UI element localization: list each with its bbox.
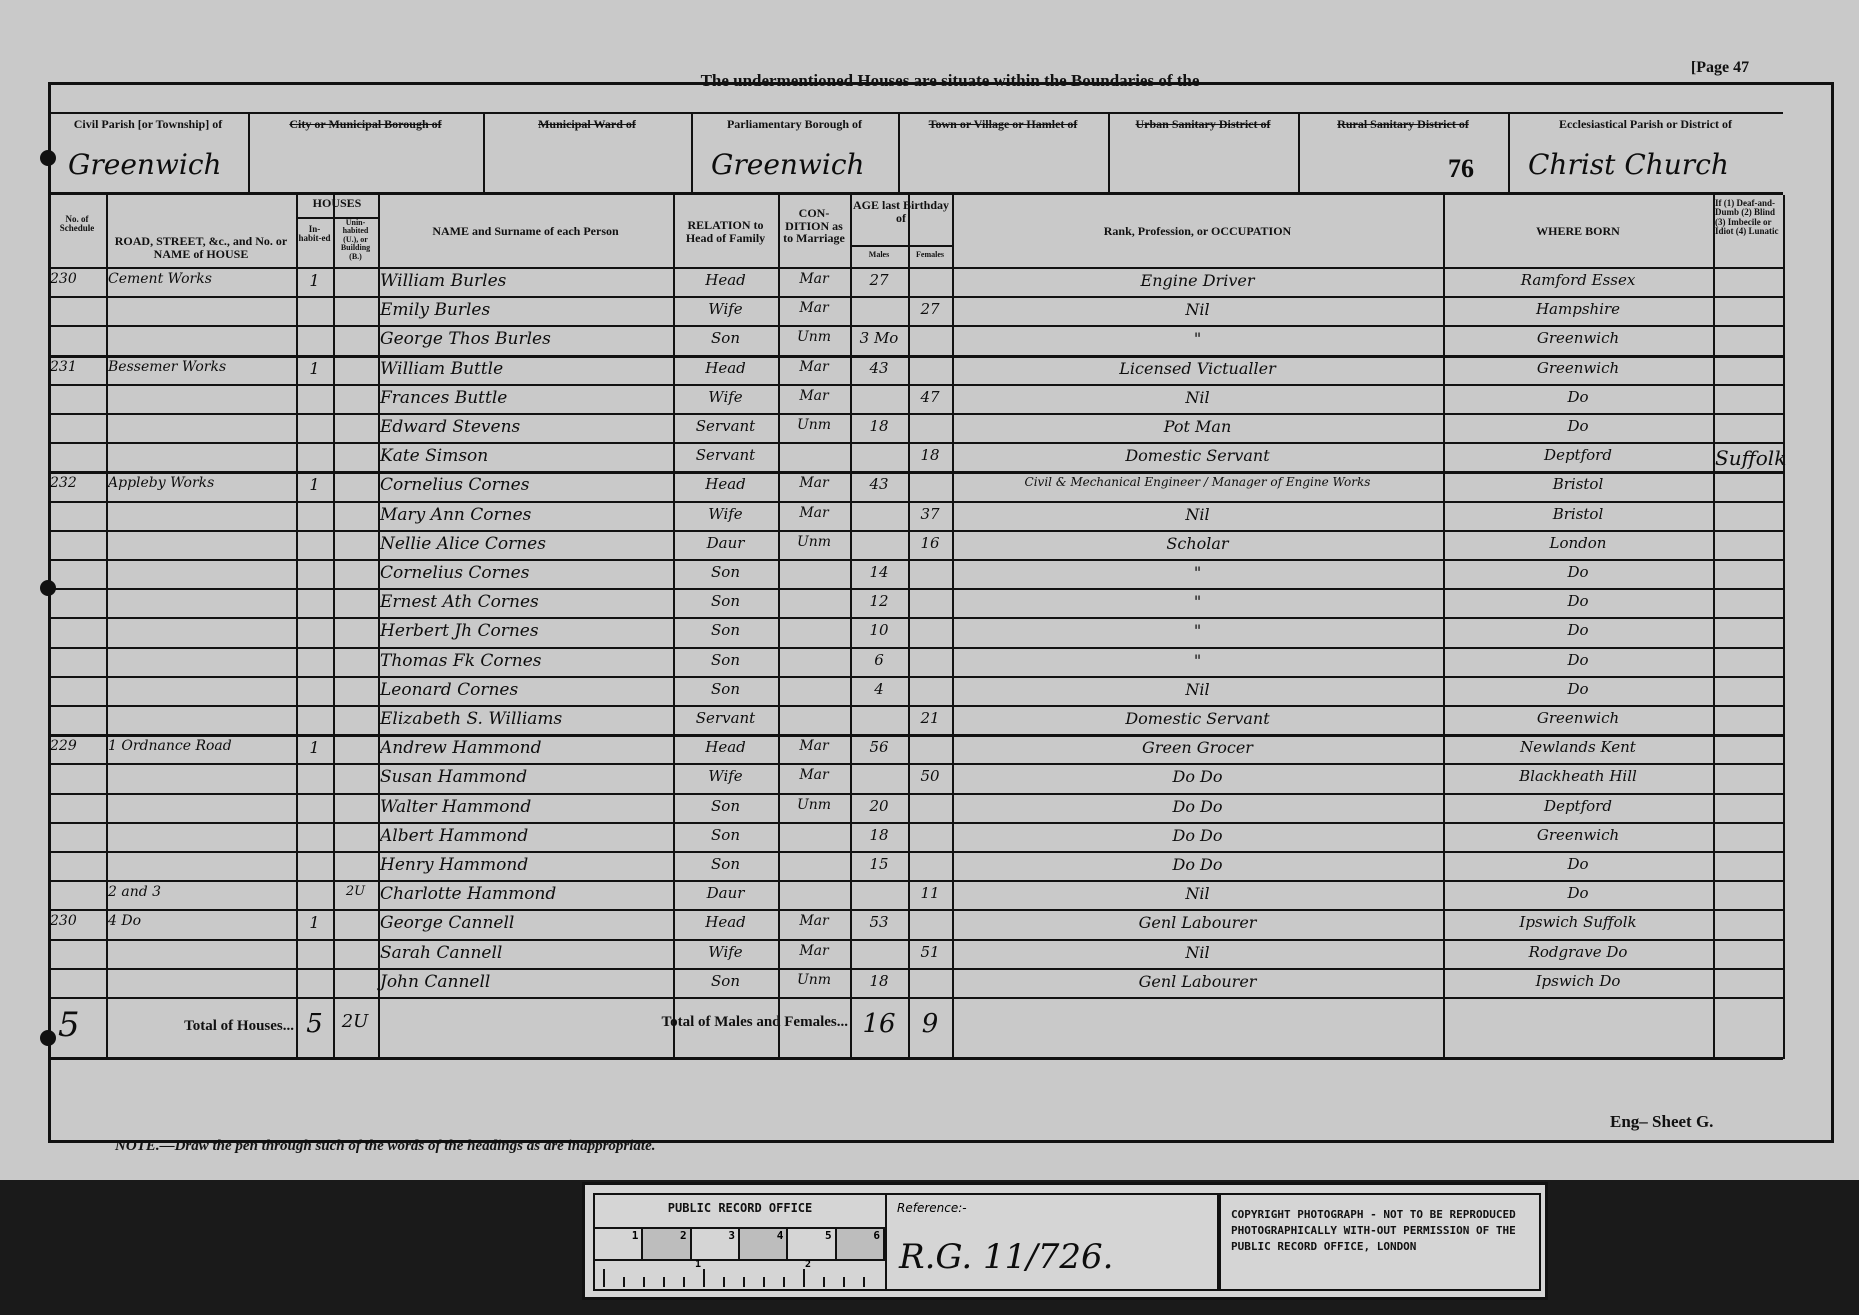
row-divider — [48, 325, 1783, 327]
total-inhabited: 5 — [298, 1009, 331, 1039]
copyright-box: COPYRIGHT PHOTOGRAPH - NOT TO BE REPRODU… — [1219, 1193, 1541, 1291]
ruler-label: 1 — [695, 1259, 701, 1270]
row-divider — [48, 968, 1783, 970]
row-divider — [48, 501, 1783, 503]
row-divider — [48, 909, 1783, 911]
record-office-stamp: PUBLIC RECORD OFFICE 123456 12 Reference… — [582, 1182, 1548, 1300]
cell-born: Do — [1445, 651, 1711, 669]
age-divider — [850, 245, 952, 247]
cell-occupation: Do Do — [954, 797, 1441, 816]
scale-cell: 3 — [692, 1229, 740, 1259]
column-header-infirmity: If (1) Deaf-and-Dumb (2) Blind (3) Imbec… — [1715, 199, 1781, 237]
cell-schedule: 229 — [50, 738, 104, 754]
cell-schedule: 230 — [50, 271, 104, 287]
cell-road: 1 Ordnance Road — [108, 738, 294, 754]
cell-born: Bristol — [1445, 475, 1711, 493]
cell-condition: Unm — [780, 417, 848, 433]
cell-name: Charlotte Hammond — [380, 884, 671, 904]
column-header-inhabited: In-habit-ed — [298, 225, 331, 244]
cell-males: 14 — [852, 563, 906, 581]
cell-males: 6 — [852, 651, 906, 669]
cell-born: Do — [1445, 417, 1711, 435]
cell-condition: Mar — [780, 271, 848, 287]
row-divider — [48, 705, 1783, 707]
ruler-tick — [783, 1277, 785, 1287]
ruler-tick — [643, 1277, 645, 1287]
cell-relation: Head — [675, 271, 776, 289]
cell-relation: Son — [675, 680, 776, 698]
cell-uninhabited: 2U — [335, 884, 376, 899]
row-divider — [48, 617, 1783, 619]
cell-occupation: Genl Labourer — [954, 972, 1441, 991]
cell-name: Thomas Fk Cornes — [380, 651, 671, 671]
divider — [1108, 112, 1110, 192]
cell-name: Kate Simson — [380, 446, 671, 466]
cell-name: Elizabeth S. Williams — [380, 709, 671, 729]
row-divider — [48, 471, 1783, 474]
row-divider — [48, 588, 1783, 590]
column-header-relation: RELATION to Head of Family — [675, 219, 776, 244]
totals-bottom — [48, 1057, 1783, 1060]
cell-males: 18 — [852, 972, 906, 990]
cell-occupation: Do Do — [954, 767, 1441, 786]
cell-name: Edward Stevens — [380, 417, 671, 437]
cell-born: Bristol — [1445, 505, 1711, 523]
ruler-tick — [743, 1277, 745, 1287]
cell-females: 21 — [910, 709, 950, 727]
cell-relation: Son — [675, 329, 776, 347]
divider — [1508, 112, 1510, 192]
column-header-schedule: No. of Schedule — [50, 215, 104, 234]
row-divider — [48, 530, 1783, 532]
ruler-tick — [863, 1277, 865, 1287]
row-divider — [48, 384, 1783, 386]
cell-occupation: Green Grocer — [954, 738, 1441, 757]
cell-males: 27 — [852, 271, 906, 289]
cell-females: 27 — [910, 300, 950, 318]
cell-born: Rodgrave Do — [1445, 943, 1711, 961]
total-males: 16 — [850, 1009, 908, 1039]
cell-inhabited: 1 — [298, 738, 331, 757]
cell-name: George Cannell — [380, 913, 671, 933]
cell-name: George Thos Burles — [380, 329, 671, 349]
row-divider — [48, 939, 1783, 941]
cell-occupation: Nil — [954, 300, 1441, 319]
cell-born: Do — [1445, 388, 1711, 406]
cell-relation: Servant — [675, 446, 776, 464]
divider — [483, 112, 485, 192]
cell-relation: Son — [675, 651, 776, 669]
cell-born: Ramford Essex — [1445, 271, 1711, 289]
office-label: PUBLIC RECORD OFFICE — [595, 1201, 885, 1215]
cell-relation: Head — [675, 359, 776, 377]
cell-schedule: 231 — [50, 359, 104, 375]
cell-name: Herbert Jh Cornes — [380, 621, 671, 641]
divider — [1298, 112, 1300, 192]
reference-label: Reference:- — [897, 1201, 967, 1215]
total-schedules: 5 — [58, 1005, 80, 1045]
cell-condition: Mar — [780, 475, 848, 491]
column-header-males: Males — [852, 251, 906, 259]
division-label: City or Municipal Borough of — [252, 118, 479, 131]
division-label: Urban Sanitary District of — [1112, 118, 1294, 131]
row-divider — [48, 763, 1783, 765]
cell-born: Greenwich — [1445, 826, 1711, 844]
cell-males: 10 — [852, 621, 906, 639]
cell-occupation: Nil — [954, 388, 1441, 407]
cell-males: 43 — [852, 359, 906, 377]
cell-name: Andrew Hammond — [380, 738, 671, 758]
cell-occupation: Licensed Victualler — [954, 359, 1441, 378]
cell-schedule: 230 — [50, 913, 104, 929]
cell-condition: Mar — [780, 738, 848, 754]
cell-occupation: Domestic Servant — [954, 709, 1441, 728]
cell-born: Hampshire — [1445, 300, 1711, 318]
cell-relation: Son — [675, 563, 776, 581]
census-page: The undermentioned Houses are situate wi… — [0, 0, 1859, 1180]
cell-males: 12 — [852, 592, 906, 610]
row-divider — [48, 355, 1783, 358]
cell-inhabited: 1 — [298, 913, 331, 932]
cell-condition: Mar — [780, 767, 848, 783]
cell-relation: Daur — [675, 534, 776, 552]
cell-born: Greenwich — [1445, 709, 1711, 727]
cell-relation: Son — [675, 797, 776, 815]
scale-cell: 5 — [788, 1229, 836, 1259]
column-header-where_born: WHERE BORN — [1445, 225, 1711, 238]
cell-born: Ipswich Do — [1445, 972, 1711, 990]
cell-occupation: Pot Man — [954, 417, 1441, 436]
cell-occupation: Do Do — [954, 826, 1441, 845]
ruler-tick — [683, 1277, 685, 1287]
cell-relation: Son — [675, 972, 776, 990]
cell-females: 51 — [910, 943, 950, 961]
cell-condition: Mar — [780, 388, 848, 404]
cell-males: 56 — [852, 738, 906, 756]
cell-name: William Buttle — [380, 359, 671, 379]
cell-relation: Wife — [675, 505, 776, 523]
row-divider — [48, 880, 1783, 882]
cell-males: 43 — [852, 475, 906, 493]
cell-males: 53 — [852, 913, 906, 931]
ruler-tick — [623, 1277, 625, 1287]
cell-name: Albert Hammond — [380, 826, 671, 846]
cell-inhabited: 1 — [298, 271, 331, 290]
cell-relation: Wife — [675, 943, 776, 961]
cell-relation: Wife — [675, 300, 776, 318]
scale-cell: 2 — [643, 1229, 691, 1259]
division-label: Parliamentary Borough of — [695, 118, 894, 131]
total-uninhabited: 2U — [335, 1011, 375, 1032]
cell-born: London — [1445, 534, 1711, 552]
cell-name: John Cannell — [380, 972, 671, 992]
division-label: Town or Village or Hamlet of — [902, 118, 1104, 131]
cell-born: Do — [1445, 563, 1711, 581]
cell-occupation: Nil — [954, 884, 1441, 903]
cell-born: Deptford — [1445, 797, 1711, 815]
ruler-tick — [703, 1269, 705, 1287]
cell-name: Walter Hammond — [380, 797, 671, 817]
cell-relation: Wife — [675, 767, 776, 785]
division-label: Ecclesiastical Parish or District of — [1512, 118, 1779, 131]
cell-males: 20 — [852, 797, 906, 815]
cell-relation: Wife — [675, 388, 776, 406]
cell-occupation: Domestic Servant — [954, 446, 1441, 465]
cell-inhabited: 1 — [298, 359, 331, 378]
cell-road: Cement Works — [108, 271, 294, 287]
cell-relation: Head — [675, 475, 776, 493]
cell-born: Greenwich — [1445, 329, 1711, 347]
column-header-road: ROAD, STREET, &c., and No. or NAME of HO… — [108, 235, 294, 260]
cell-born: Newlands Kent — [1445, 738, 1711, 756]
cell-born: Ipswich Suffolk — [1445, 913, 1711, 931]
cell-condition: Mar — [780, 359, 848, 375]
cell-relation: Son — [675, 855, 776, 873]
column-header-occupation: Rank, Profession, or OCCUPATION — [954, 225, 1441, 238]
cell-name: Nellie Alice Cornes — [380, 534, 671, 554]
column-header-houses: HOUSES — [298, 197, 376, 210]
cell-name: Mary Ann Cornes — [380, 505, 671, 525]
row-divider — [48, 734, 1783, 737]
scale-cell: 1 — [595, 1229, 643, 1259]
cell-name: Susan Hammond — [380, 767, 671, 787]
cell-condition: Mar — [780, 913, 848, 929]
ruler-tick — [843, 1277, 845, 1287]
cell-born: Do — [1445, 621, 1711, 639]
cell-condition: Mar — [780, 505, 848, 521]
cell-name: Leonard Cornes — [380, 680, 671, 700]
cell-name: Emily Burles — [380, 300, 671, 320]
cell-born: Do — [1445, 592, 1711, 610]
cell-males: 18 — [852, 826, 906, 844]
cell-males: 18 — [852, 417, 906, 435]
cell-occupation: Nil — [954, 505, 1441, 524]
cell-females: 50 — [910, 767, 950, 785]
census-form: Civil Parish [or Township] ofGreenwichCi… — [48, 52, 1833, 1142]
cell-name: Sarah Cannell — [380, 943, 671, 963]
division-label: Civil Parish [or Township] of — [52, 118, 244, 131]
division-value: Greenwich — [711, 148, 865, 181]
division-value: Greenwich — [68, 148, 222, 181]
cell-occupation: " — [954, 329, 1441, 348]
cell-condition: Unm — [780, 534, 848, 550]
cell-relation: Son — [675, 826, 776, 844]
row-divider — [48, 793, 1783, 795]
cell-name: Henry Hammond — [380, 855, 671, 875]
column-header-females: Females — [910, 251, 950, 259]
cell-born: Do — [1445, 884, 1711, 902]
cell-road: Appleby Works — [108, 475, 294, 491]
scale-cell: 6 — [837, 1229, 885, 1259]
cell-occupation: Do Do — [954, 855, 1441, 874]
row-divider — [48, 647, 1783, 649]
ruler-tick — [803, 1269, 805, 1287]
row-divider — [48, 822, 1783, 824]
cell-relation: Servant — [675, 417, 776, 435]
cell-name: Cornelius Cornes — [380, 563, 671, 583]
cell-born: Do — [1445, 855, 1711, 873]
cell-occupation: " — [954, 621, 1441, 640]
row-divider — [48, 559, 1783, 561]
row-divider — [48, 997, 1783, 999]
division-label: Municipal Ward of — [487, 118, 687, 131]
divider — [248, 112, 250, 192]
ruler-tick — [823, 1277, 825, 1287]
divider — [691, 112, 693, 192]
sheet-label: Eng– Sheet G. — [1610, 1112, 1713, 1132]
cell-road: Bessemer Works — [108, 359, 294, 375]
ruler-tick — [763, 1277, 765, 1287]
cell-name: Cornelius Cornes — [380, 475, 671, 495]
total-females: 9 — [908, 1009, 952, 1039]
cell-condition: Unm — [780, 797, 848, 813]
division-value: 76 — [1448, 154, 1474, 184]
cell-relation: Servant — [675, 709, 776, 727]
cell-relation: Son — [675, 621, 776, 639]
ruler-tick — [663, 1277, 665, 1287]
cell-occupation: Nil — [954, 680, 1441, 699]
cell-females: 18 — [910, 446, 950, 464]
ruler-tick — [723, 1277, 725, 1287]
cell-name: Ernest Ath Cornes — [380, 592, 671, 612]
footer-note: NOTE.—Draw the pen through such of the w… — [115, 1138, 656, 1155]
cell-condition: Mar — [780, 943, 848, 959]
cell-name: Frances Buttle — [380, 388, 671, 408]
division-label: Rural Sanitary District of — [1302, 118, 1504, 131]
copyright-text: COPYRIGHT PHOTOGRAPH - NOT TO BE REPRODU… — [1231, 1207, 1531, 1255]
reference-box: Reference:- R.G. 11/726. — [885, 1193, 1219, 1291]
row-divider — [48, 442, 1783, 444]
cell-relation: Daur — [675, 884, 776, 902]
cell-males: 3 Mo — [852, 329, 906, 347]
cell-females: 47 — [910, 388, 950, 406]
column-header-age: AGE last Birthday of — [852, 199, 950, 224]
cell-relation: Head — [675, 913, 776, 931]
total-persons-label: Total of Males and Females... — [383, 1015, 848, 1031]
cell-occupation: Genl Labourer — [954, 913, 1441, 932]
cell-occupation: Nil — [954, 943, 1441, 962]
cell-occupation: Civil & Mechanical Engineer / Manager of… — [954, 475, 1441, 489]
cell-males: 4 — [852, 680, 906, 698]
cell-occupation: " — [954, 563, 1441, 582]
total-houses-label: Total of Houses... — [108, 1019, 294, 1035]
cell-born: Greenwich — [1445, 359, 1711, 377]
ruler-tick — [603, 1269, 605, 1287]
division-value: Christ Church — [1528, 148, 1729, 181]
row-divider — [48, 851, 1783, 853]
scale-cell: 4 — [740, 1229, 788, 1259]
reference-value: R.G. 11/726. — [899, 1237, 1113, 1277]
cell-condition: Mar — [780, 300, 848, 316]
cell-occupation: Scholar — [954, 534, 1441, 553]
cell-road: 4 Do — [108, 913, 294, 929]
cell-condition: Unm — [780, 972, 848, 988]
cell-females: 16 — [910, 534, 950, 552]
column-header-condition: CON-DITION as to Marriage — [780, 207, 848, 245]
cell-occupation: Engine Driver — [954, 271, 1441, 290]
cell-females: 11 — [910, 884, 950, 902]
cell-born: Deptford — [1445, 446, 1711, 464]
cell-inhabited: 1 — [298, 475, 331, 494]
row-divider — [48, 676, 1783, 678]
scale-box: PUBLIC RECORD OFFICE 123456 12 — [593, 1193, 887, 1291]
cell-name: William Burles — [380, 271, 671, 291]
header-divider — [48, 267, 1783, 269]
divider — [898, 112, 900, 192]
cell-born: Blackheath Hill — [1445, 767, 1711, 785]
row-divider — [48, 413, 1783, 415]
cell-females: 37 — [910, 505, 950, 523]
cell-road: 2 and 3 — [108, 884, 294, 900]
column-header-name: NAME and Surname of each Person — [380, 225, 671, 238]
cell-born: Do — [1445, 680, 1711, 698]
cell-schedule: 232 — [50, 475, 104, 491]
cell-infirmity: Suffolk — [1715, 446, 1781, 470]
cell-occupation: " — [954, 651, 1441, 670]
cell-males: 15 — [852, 855, 906, 873]
cell-condition: Unm — [780, 329, 848, 345]
column-header-uninhabited: Unin-habited (U.), or Building (B.) — [335, 219, 376, 261]
cell-occupation: " — [954, 592, 1441, 611]
cell-relation: Head — [675, 738, 776, 756]
row-divider — [48, 296, 1783, 298]
column-divider — [1783, 195, 1785, 1059]
cell-relation: Son — [675, 592, 776, 610]
ruler-label: 2 — [805, 1259, 811, 1270]
